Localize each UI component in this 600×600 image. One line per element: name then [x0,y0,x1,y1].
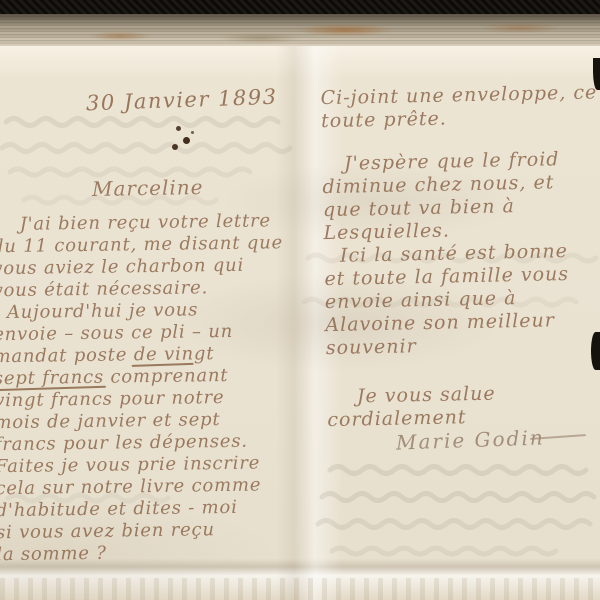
salutation: Marceline [92,175,204,201]
ink-blot [172,144,178,150]
ink-blot [183,137,190,144]
handwriting-line: la somme ? [0,540,316,566]
letter-body-left-column: J'ai bien reçu votre lettre du 11 couran… [0,210,316,566]
letter-body-right-column: Ci-joint une enveloppe, ce toute prête. … [320,81,600,432]
ink-blot [191,131,194,134]
letter-photo: 30 Janvier 1893 Marceline J'ai bien reçu… [0,0,600,600]
ink-blot [176,126,181,131]
handwriting-line: toute prête. [321,104,600,133]
